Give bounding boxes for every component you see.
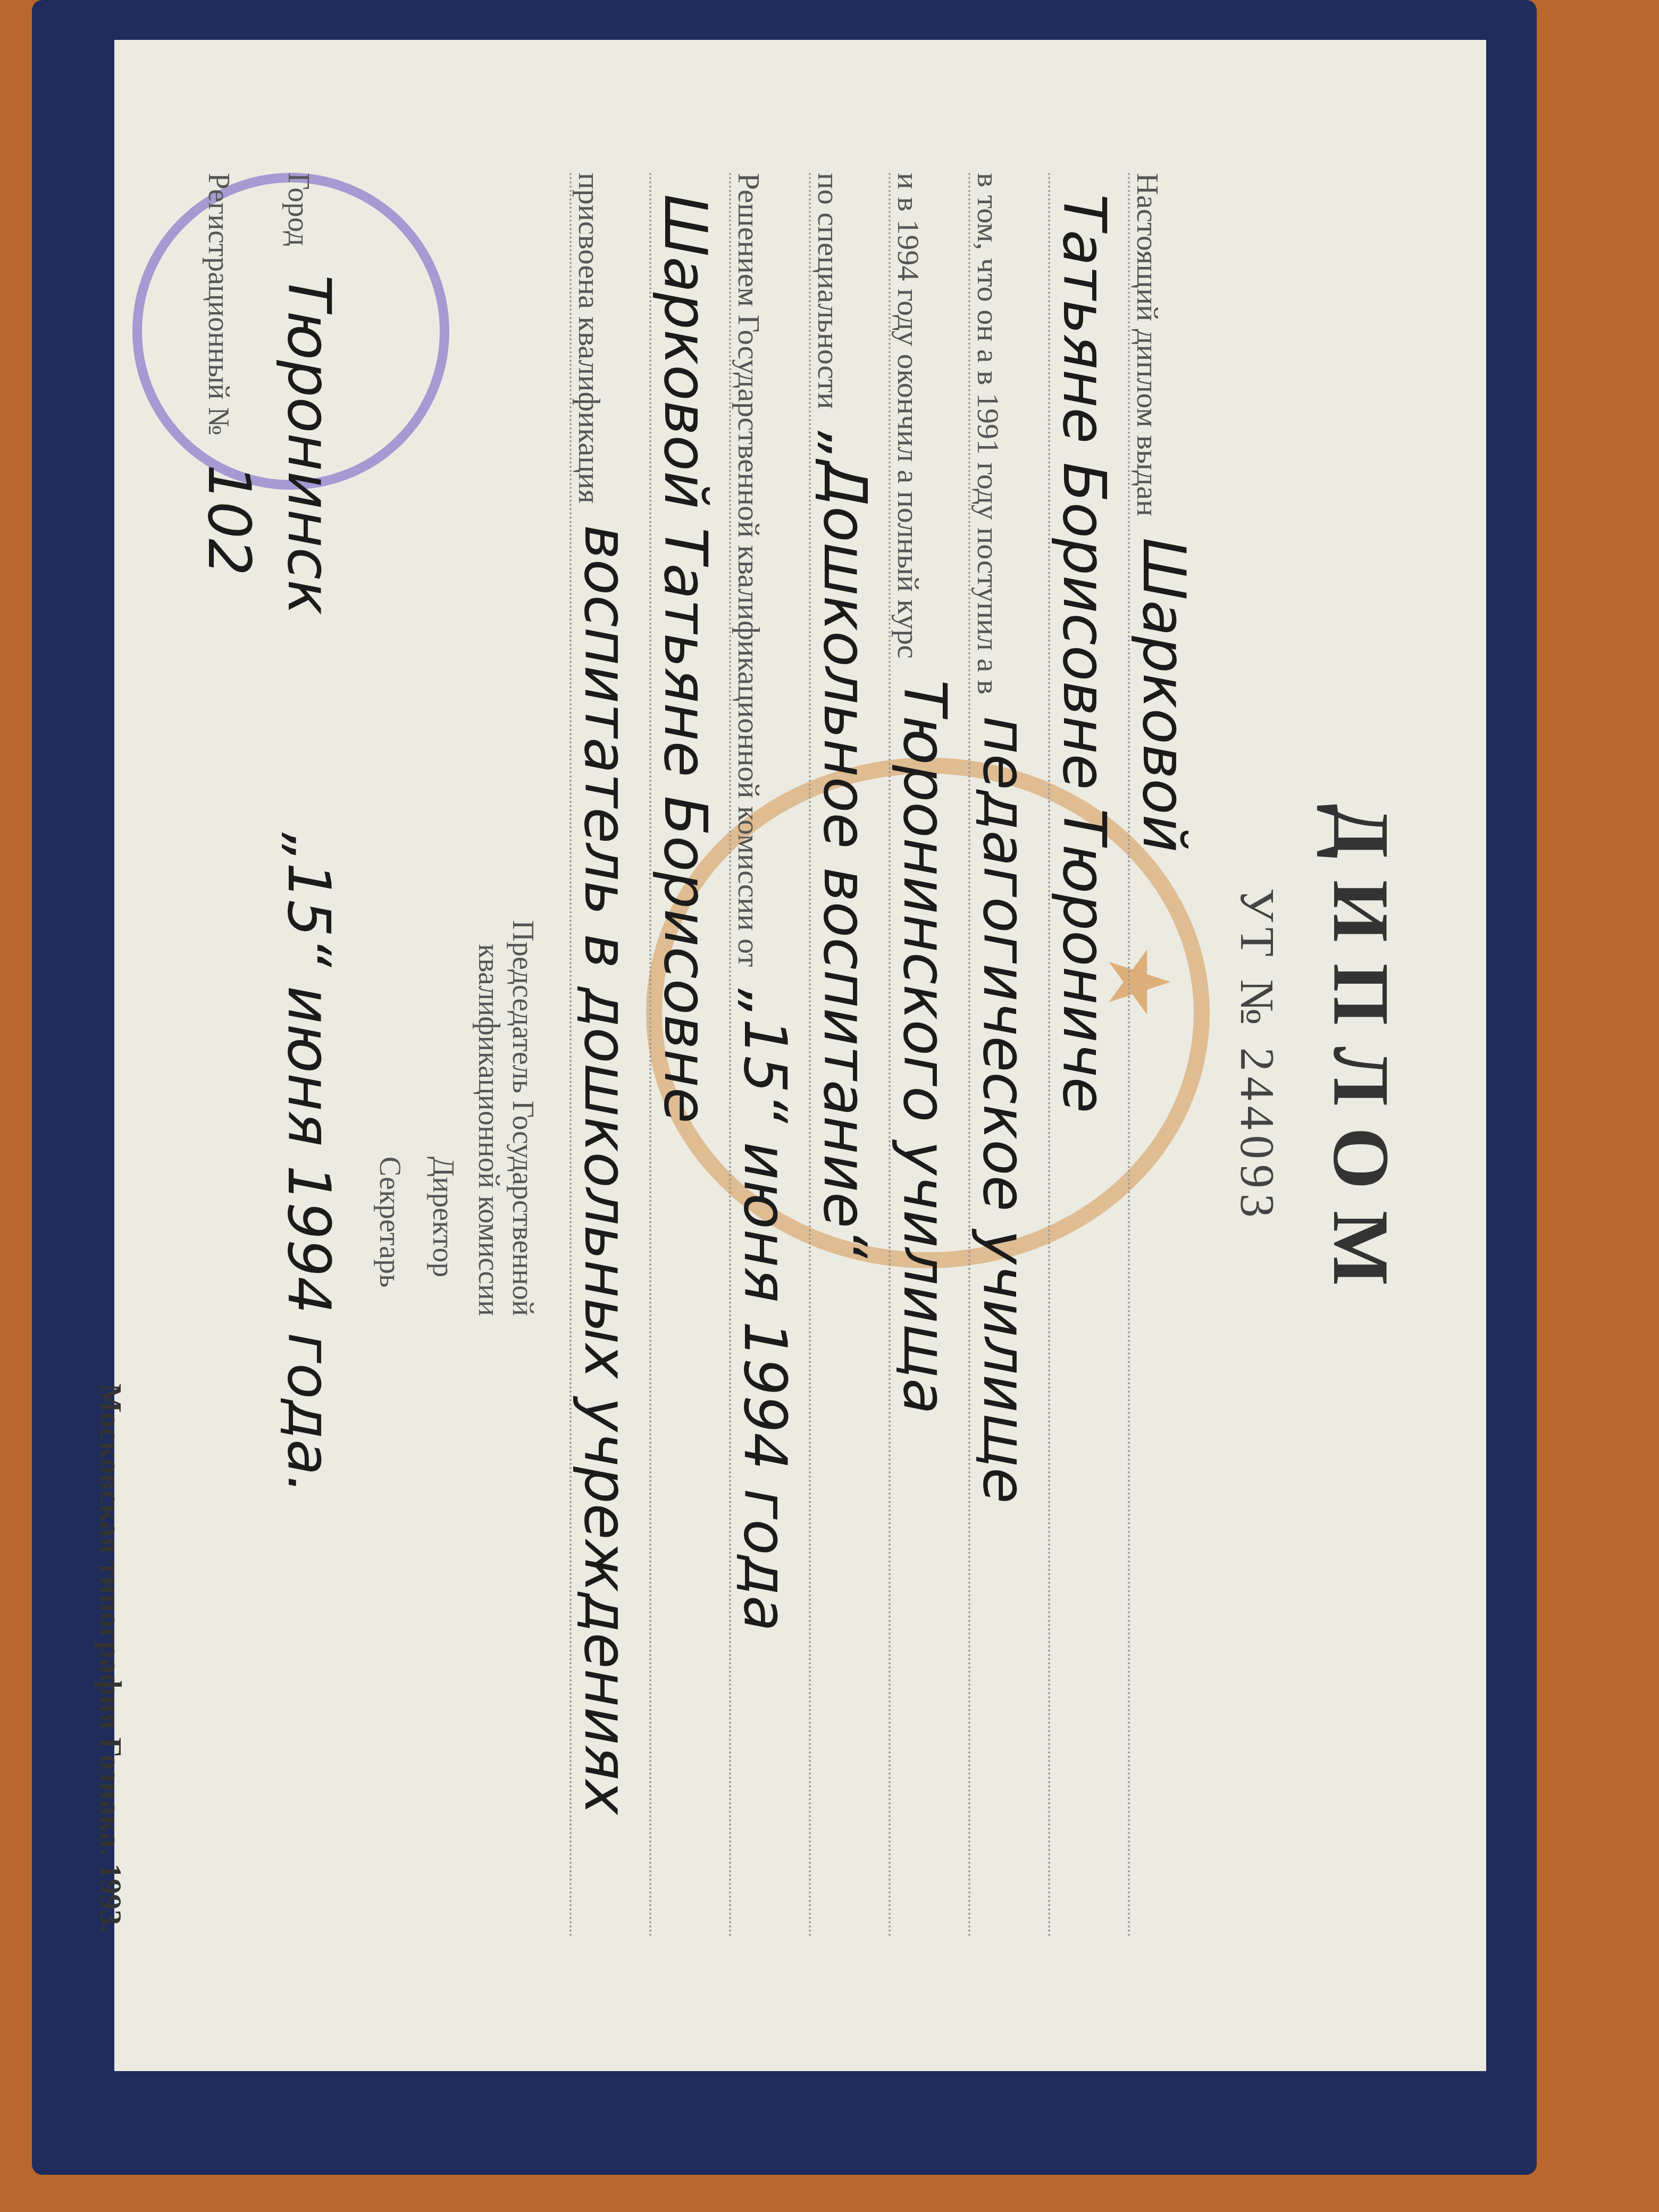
- line-specialty: по специальности„Дошкольное воспитание“: [809, 173, 891, 1938]
- city-label: Город Тюронинск: [275, 173, 343, 615]
- diploma-title: ДИПЛОМ: [1315, 40, 1406, 2071]
- line-issued-to: Настоящий диплом выданШарковой: [1128, 173, 1210, 1938]
- line-recipient: Шарковой Татьяне Борисовне: [649, 173, 731, 1938]
- secretary-signature-label: Секретарь: [373, 1157, 407, 1288]
- line-qualification: присвоена квалификациявоспитатель в дошк…: [569, 173, 651, 1938]
- printer-imprint: Московская типография Гознака. 1993.: [93, 1384, 129, 1933]
- chairman-signature-label: Председатель Государственной квалификаци…: [472, 837, 540, 1316]
- line-name: Татьяне Борисовне Тюрониче: [1048, 173, 1130, 1938]
- line-enrolled: в том, что он а в 1991 году поступил а в…: [968, 173, 1050, 1938]
- diploma-page: ДИПЛОМ УТ № 244093 ★ Настоящий диплом вы…: [114, 40, 1486, 2071]
- director-signature-label: Директор: [426, 1157, 460, 1277]
- line-graduated: и в 1994 году окончил а полный курсТюрон…: [889, 173, 970, 1938]
- line-decision: Решением Государственной квалификационно…: [729, 173, 811, 1938]
- series-number: УТ № 244093: [1229, 40, 1284, 2071]
- registration-number: Регистрационный № 102: [195, 173, 263, 576]
- issue-date: „15“ июня 1994 года.: [275, 811, 343, 1494]
